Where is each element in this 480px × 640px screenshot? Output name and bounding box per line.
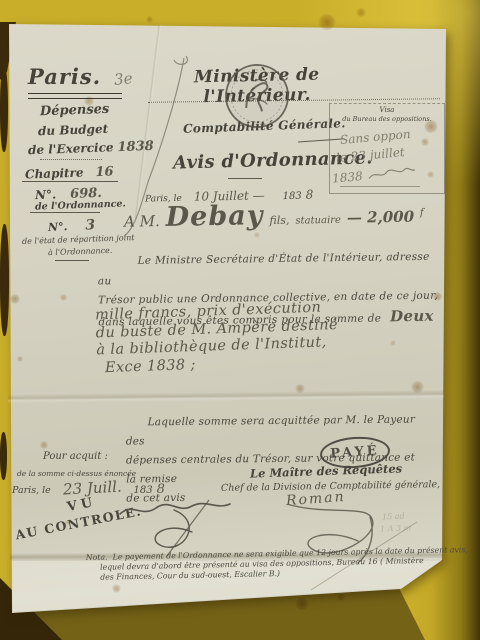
margin-rule-2 [22, 181, 118, 182]
stain [390, 340, 396, 346]
addressee-amount: — 2,000 [347, 208, 415, 227]
margin-chapitre-label: Chapitre [25, 166, 84, 182]
stain [17, 356, 23, 362]
margin-rule-1 [40, 159, 102, 160]
pour-acquit-label: Pour acquit : [43, 451, 108, 462]
stain [337, 593, 345, 601]
stain [411, 381, 424, 393]
document-content: Paris. 3e Ministère de l'Intérieur. Dépe… [0, 0, 480, 640]
stain [433, 292, 442, 301]
stain [318, 14, 336, 30]
visa-box-line1: Visa [330, 106, 444, 114]
margin-etat-sub1: de l'état de répartition joint [22, 233, 135, 246]
margin-rule-4 [55, 260, 89, 261]
stain [112, 584, 121, 593]
stain [295, 598, 309, 610]
stain [146, 16, 153, 23]
photo-of-document: Paris. 3e Ministère de l'Intérieur. Dépe… [0, 0, 480, 640]
service-title: Comptabilité Générale. [183, 116, 346, 136]
visa-pencil-line3: 1838 [331, 162, 417, 187]
stain [356, 8, 366, 17]
nota-label: Nota. [86, 553, 108, 562]
visa-paraphe-flourish [366, 165, 417, 183]
margin-rule-3 [30, 212, 100, 213]
visa-pencil-line1: Sans oppon [340, 127, 412, 147]
stain [424, 120, 438, 133]
margin-etat-value: 3 [85, 217, 95, 233]
body-handwritten-block: mille francs, prix d'exécution du buste … [95, 297, 407, 378]
margin-depenses: Dépenses [40, 102, 110, 119]
stain [427, 171, 434, 178]
stain [60, 294, 67, 301]
margin-exercice-label: de l'Exercice [28, 140, 114, 157]
stain [84, 96, 94, 106]
margin-du-budget: du Budget [38, 122, 109, 138]
margin-etat-line: N°. 3 [48, 216, 96, 236]
addressee-qual2: statuaire [295, 215, 341, 227]
stain [295, 384, 305, 393]
stain [40, 441, 48, 449]
addressee-line: A M. Debay fils, statuaire — 2,000 f [124, 197, 424, 233]
stain [65, 520, 70, 525]
visa-pencil-underline [340, 186, 420, 187]
stain [10, 294, 20, 304]
acquit-date-printed: Paris, le [12, 485, 51, 496]
addressee-prefix: A M. [124, 212, 160, 231]
addressee-name: Debay [165, 200, 263, 233]
body-line-1: Le Ministre Secrétaire d'État de l'Intér… [97, 248, 446, 292]
visa-box: Visa du Bureau des oppositions. Sans opp… [329, 103, 445, 194]
stain [421, 138, 429, 146]
city-label: Paris. [28, 64, 101, 89]
margin-etat-label: N°. [48, 220, 68, 234]
visa-pencil-line2: le 23 juillet [336, 145, 406, 165]
notice-flourish [228, 178, 262, 179]
addressee-qual1: fils, [269, 214, 289, 227]
addressee-amount-unit: f [420, 207, 424, 218]
stain [254, 232, 260, 238]
margin-chapitre-value: 16 [95, 164, 114, 180]
visa-pencil-year: 1838 [332, 169, 364, 186]
margin-exercice-year: 1838 [117, 139, 154, 155]
